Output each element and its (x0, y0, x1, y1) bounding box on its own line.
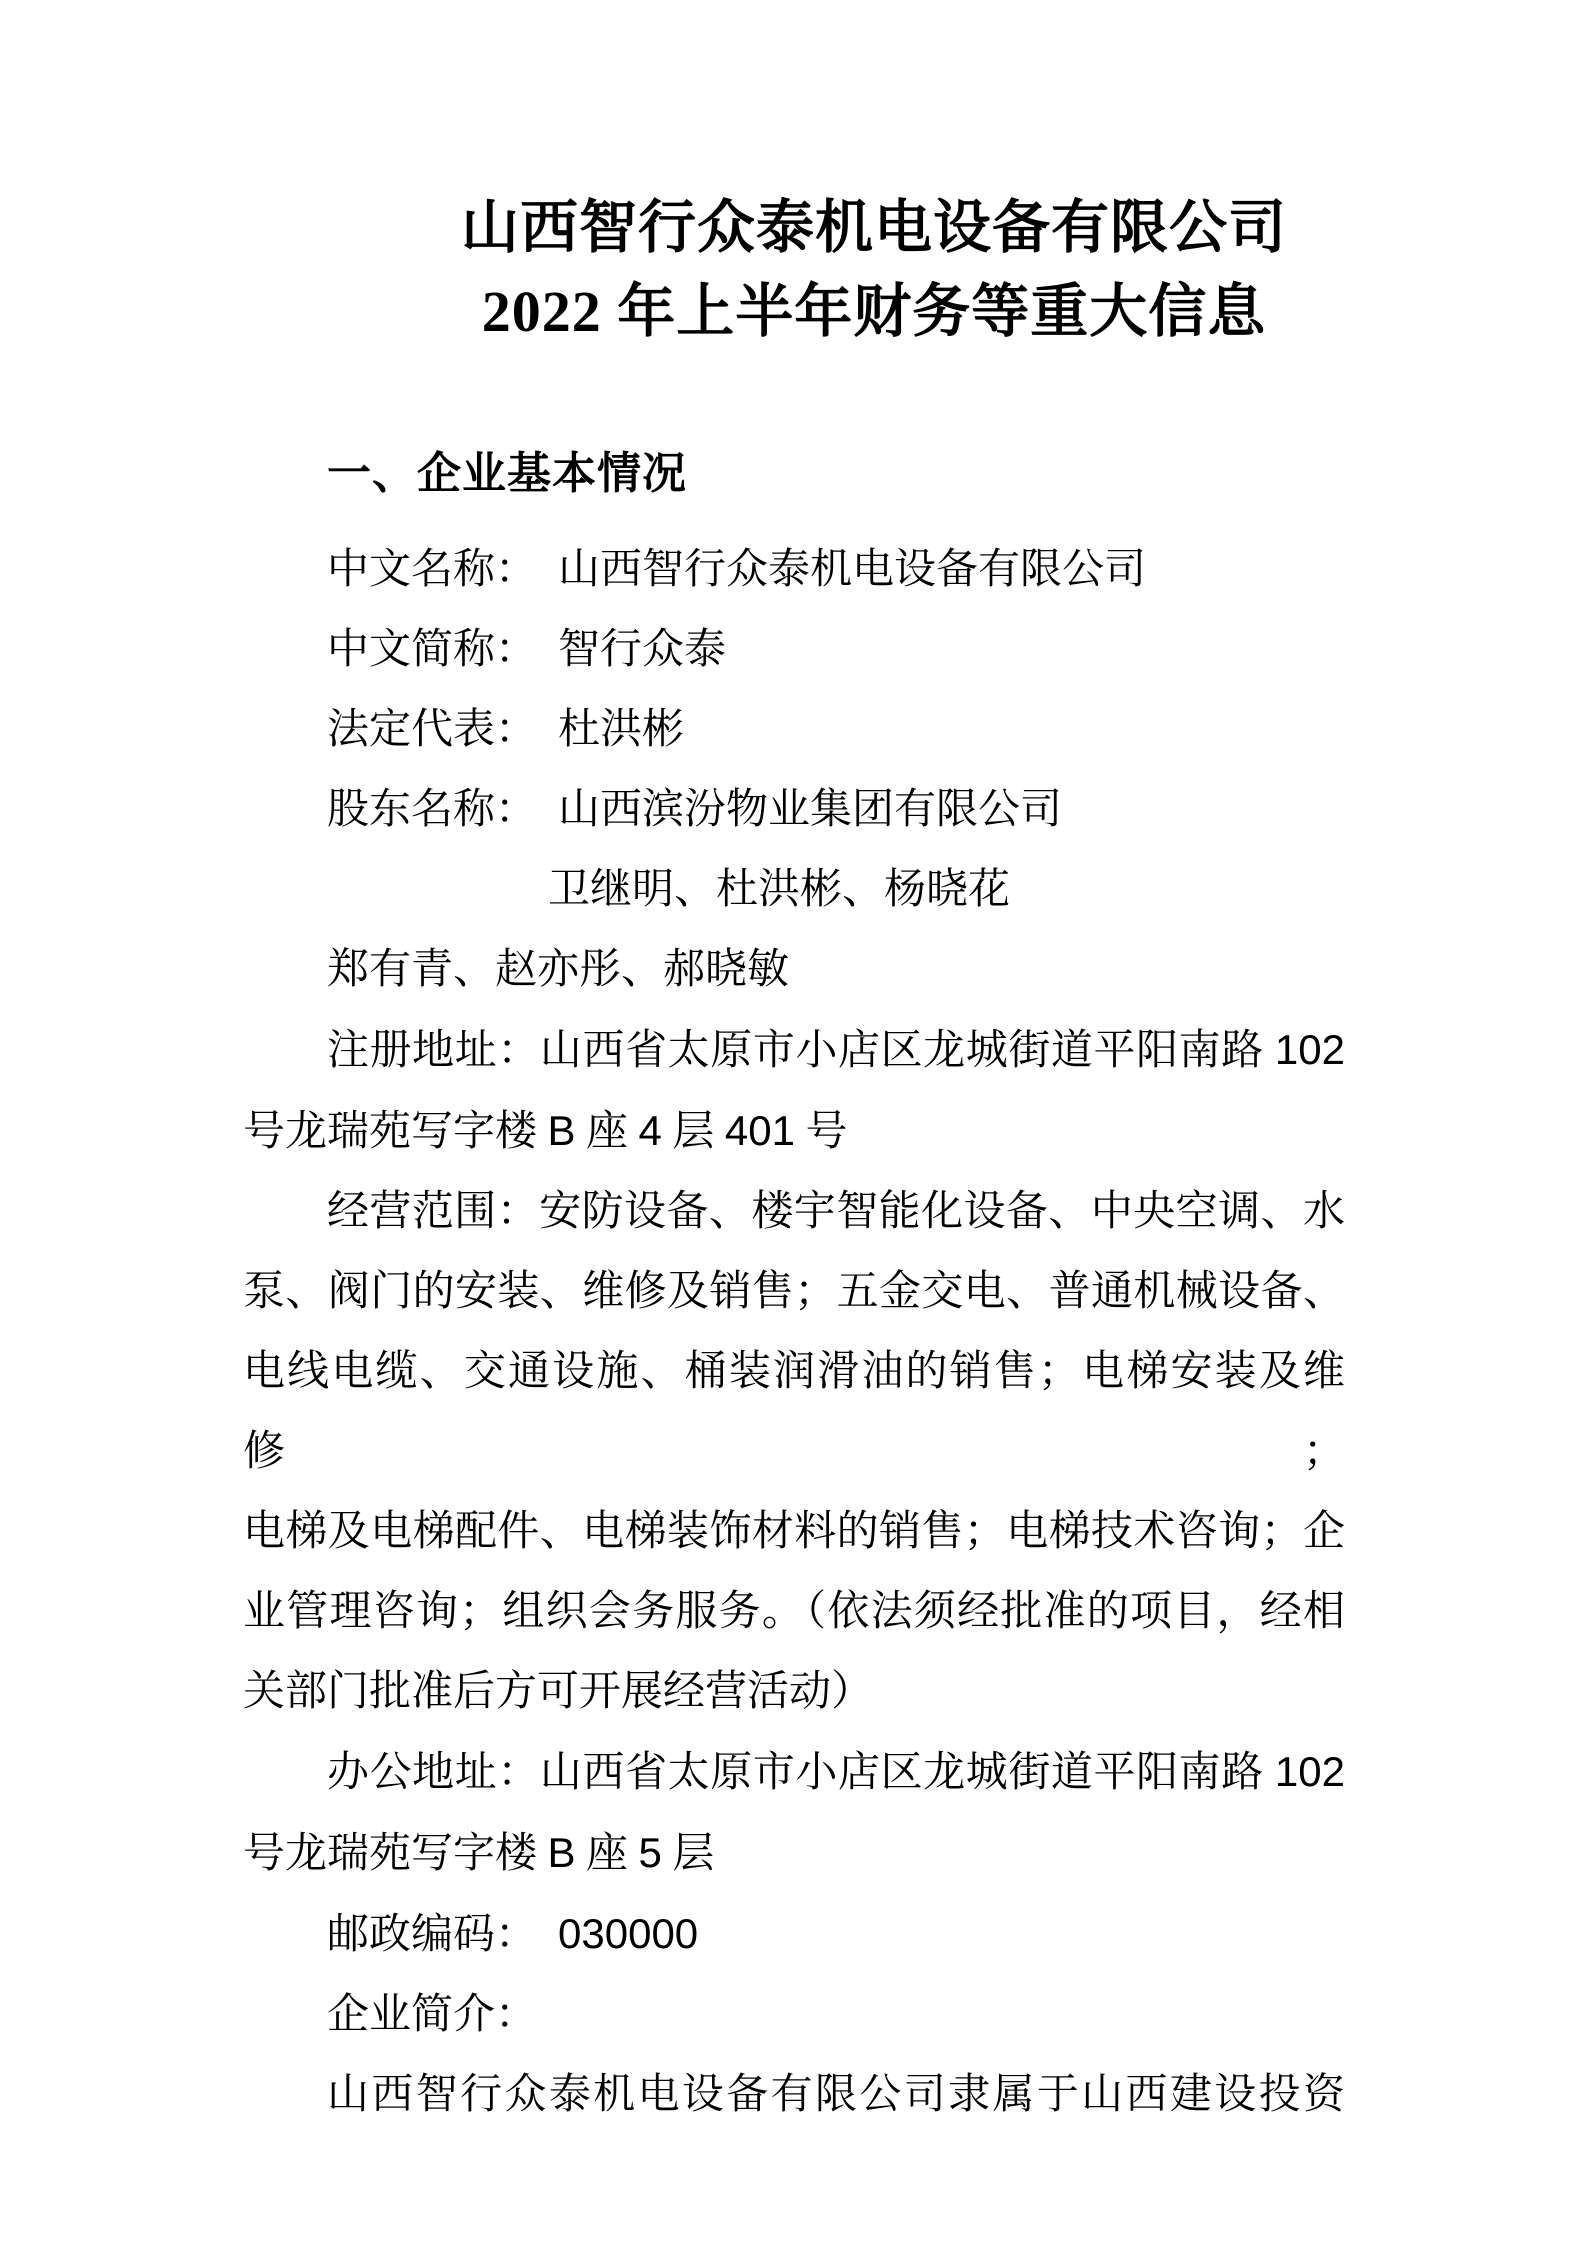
shareholders-line-1: 股东名称： 山西滨汾物业集团有限公司 (243, 770, 1345, 850)
title-line-report: 2022 年上半年财务等重大信息 (323, 270, 1425, 354)
registered-address-line-2: 号龙瑞苑写字楼 B 座 4 层 401 号 (243, 1091, 1345, 1172)
document-page: 山西智行众泰机电设备有限公司 2022 年上半年财务等重大信息 一、企业基本情况… (0, 0, 1587, 2245)
company-name-line: 中文名称： 山西智行众泰机电设备有限公司 (243, 530, 1345, 610)
company-profile-text-line: 山西智行众泰机电设备有限公司隶属于山西建设投资 (243, 2055, 1345, 2135)
legal-representative-line: 法定代表： 杜洪彬 (243, 690, 1345, 770)
office-address-line-1: 办公地址：山西省太原市小店区龙城街道平阳南路 102 (243, 1732, 1345, 1813)
postal-code-line: 邮政编码： 030000 (243, 1894, 1345, 1975)
business-scope-line-4: 电梯及电梯配件、电梯装饰材料的销售；电梯技术咨询；企 (243, 1492, 1345, 1572)
business-scope-line-3: 电线电缆、交通设施、桶装润滑油的销售；电梯安装及维修； (243, 1332, 1345, 1492)
shareholders-line-2: 卫继明、杜洪彬、杨晓花 (548, 850, 1345, 930)
office-address-line-2: 号龙瑞苑写字楼 B 座 5 层 (243, 1813, 1345, 1894)
document-body: 中文名称： 山西智行众泰机电设备有限公司 中文简称： 智行众泰 法定代表： 杜洪… (243, 530, 1345, 2135)
company-profile-label-line: 企业简介： (243, 1975, 1345, 2055)
business-scope-line-2: 泵、阀门的安装、维修及销售；五金交电、普通机械设备、 (243, 1252, 1345, 1332)
business-scope-line-1: 经营范围：安防设备、楼宇智能化设备、中央空调、水 (243, 1172, 1345, 1252)
title-line-company: 山西智行众泰机电设备有限公司 (323, 186, 1425, 270)
business-scope-line-6: 关部门批准后方可开展经营活动） (243, 1652, 1345, 1732)
shareholders-line-3: 郑有青、赵亦彤、郝晓敏 (243, 930, 1345, 1010)
registered-address-line-1: 注册地址：山西省太原市小店区龙城街道平阳南路 102 (243, 1010, 1345, 1091)
page-content: 山西智行众泰机电设备有限公司 2022 年上半年财务等重大信息 一、企业基本情况… (0, 0, 1587, 2135)
business-scope-line-5: 业管理咨询；组织会务服务。（依法须经批准的项目，经相 (243, 1572, 1345, 1652)
document-title: 山西智行众泰机电设备有限公司 2022 年上半年财务等重大信息 (323, 186, 1425, 354)
section-heading-basic-info: 一、企业基本情况 (243, 434, 1345, 514)
company-short-name-line: 中文简称： 智行众泰 (243, 610, 1345, 690)
